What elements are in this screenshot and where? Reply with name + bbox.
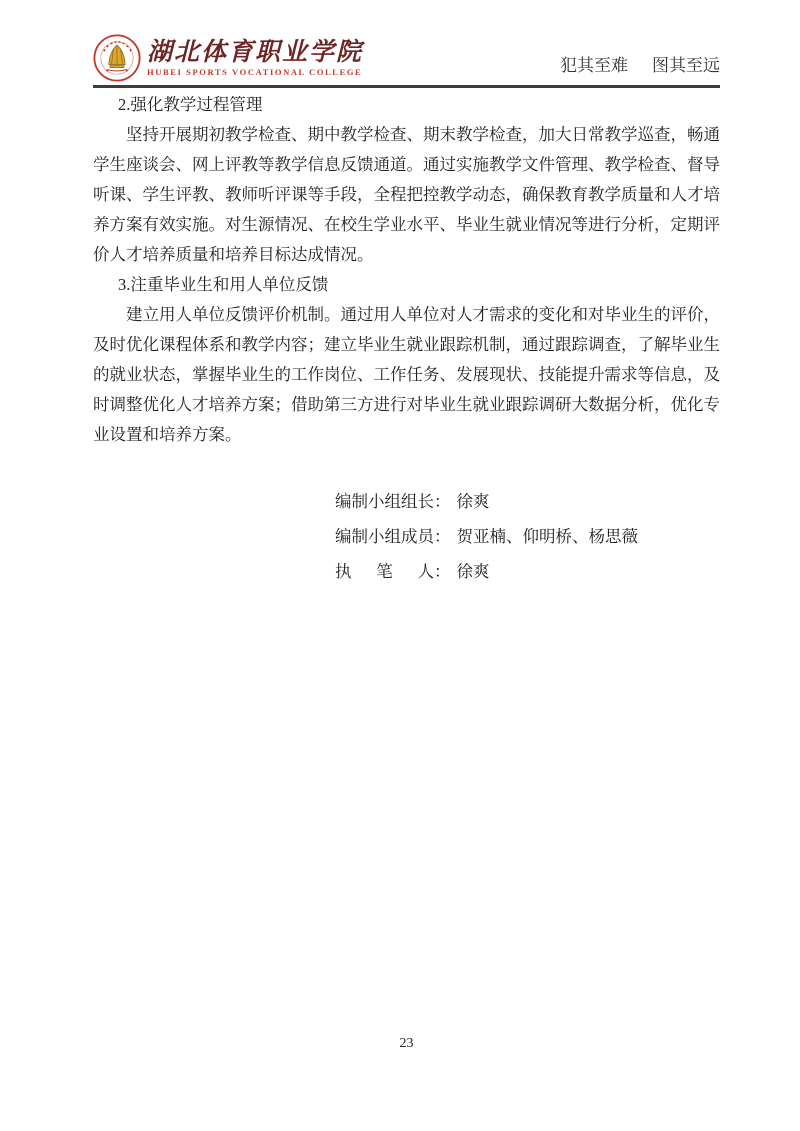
credit-label-writer: 执笔人: [335, 554, 434, 589]
credit-colon: ：: [434, 527, 451, 546]
credit-colon: ：: [434, 562, 451, 581]
page-header: 湖北体育职业学院 HUBEI SPORTS VOCATIONAL COLLEGE…: [93, 28, 720, 82]
document-content: 2.强化教学过程管理 坚持开展期初教学检查、期中教学检查、期末教学检查，加大日常…: [93, 90, 720, 589]
credits-block: 编制小组组长：徐爽 编制小组成员：贺亚楠、仰明桥、杨思薇 执笔人：徐爽: [335, 484, 720, 589]
credit-label-members: 编制小组成员: [335, 527, 434, 546]
motto-left: 犯其至难: [560, 56, 628, 75]
college-name-block: 湖北体育职业学院 HUBEI SPORTS VOCATIONAL COLLEGE: [147, 40, 363, 77]
college-name-zh: 湖北体育职业学院: [147, 40, 363, 65]
credit-line-leader: 编制小组组长：徐爽: [335, 484, 720, 519]
credit-colon: ：: [434, 492, 451, 511]
header-divider: [93, 85, 720, 88]
credit-label-leader: 编制小组组长: [335, 492, 434, 511]
credit-line-members: 编制小组成员：贺亚楠、仰明桥、杨思薇: [335, 519, 720, 554]
page-number: 23: [93, 1036, 720, 1052]
credit-line-writer: 执笔人：徐爽: [335, 554, 720, 589]
college-seal-icon: [93, 34, 141, 82]
section-heading-3: 3.注重毕业生和用人单位反馈: [93, 270, 720, 300]
credit-value-leader: 徐爽: [457, 492, 490, 511]
credit-value-members: 贺亚楠、仰明桥、杨思薇: [457, 527, 639, 546]
college-motto: 犯其至难图其至远: [560, 51, 720, 82]
college-brand: 湖北体育职业学院 HUBEI SPORTS VOCATIONAL COLLEGE: [93, 34, 363, 82]
motto-right: 图其至远: [652, 56, 720, 75]
section-3-paragraph: 建立用人单位反馈评价机制。通过用人单位对人才需求的变化和对毕业生的评价，及时优化…: [93, 300, 720, 450]
document-page: 湖北体育职业学院 HUBEI SPORTS VOCATIONAL COLLEGE…: [0, 0, 800, 1131]
credit-value-writer: 徐爽: [457, 562, 490, 581]
section-2-paragraph: 坚持开展期初教学检查、期中教学检查、期末教学检查，加大日常教学巡查，畅通学生座谈…: [93, 120, 720, 270]
section-heading-2: 2.强化教学过程管理: [93, 90, 720, 120]
college-name-en: HUBEI SPORTS VOCATIONAL COLLEGE: [147, 68, 363, 77]
